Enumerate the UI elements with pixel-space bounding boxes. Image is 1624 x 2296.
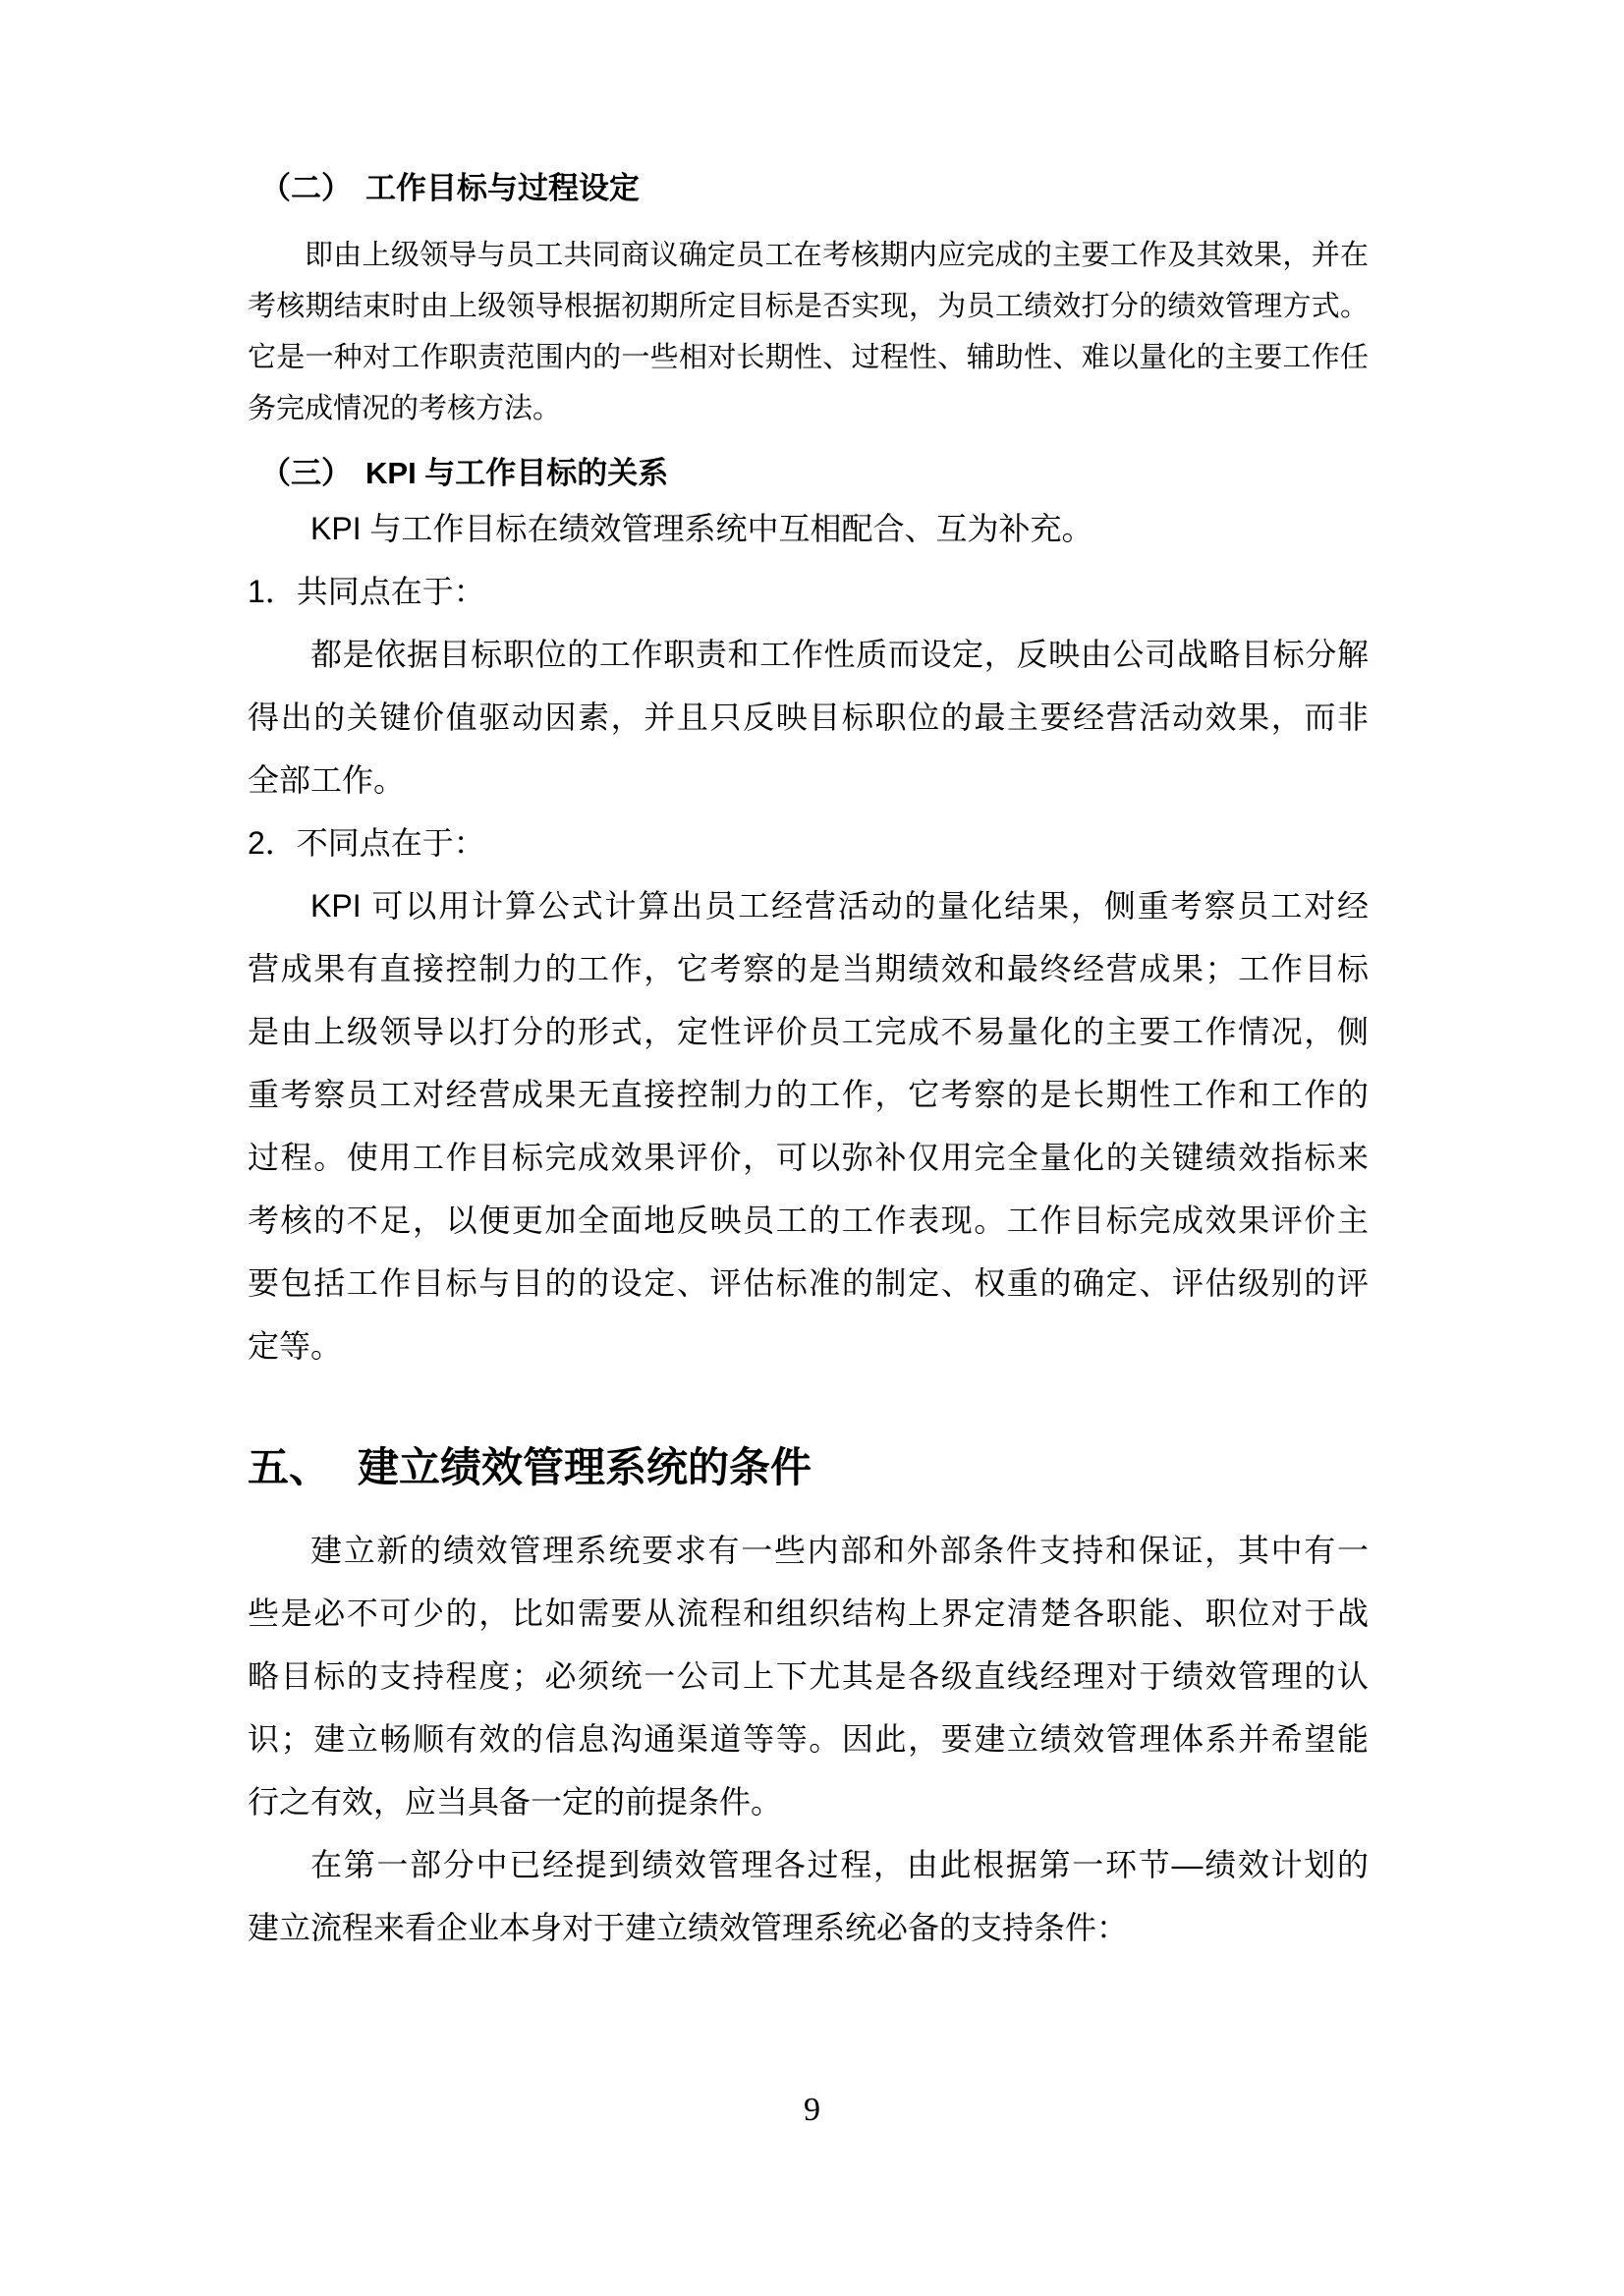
- text-line: 要包括工作目标与目的的设定、评估标准的制定、权重的确定、评估级别的评: [248, 1252, 1369, 1315]
- paragraph-conditions: 建立新的绩效管理系统要求有一些内部和外部条件支持和保证，其中有一 些是必不可少的…: [248, 1519, 1369, 1959]
- text-line: 全部工作。: [248, 749, 1369, 812]
- text-line: 即由上级领导与员工共同商议确定员工在考核期内应完成的主要工作及其效果，并在: [248, 230, 1369, 281]
- text-line: 得出的关键价值驱动因素，并且只反映目标职位的最主要经营活动效果，而非: [248, 686, 1369, 749]
- text-line: 重考察员工对经营成果无直接控制力的工作，它考察的是长期性工作和工作的: [248, 1063, 1369, 1126]
- text-line: 建立流程来看企业本身对于建立绩效管理系统必备的支持条件：: [248, 1896, 1369, 1959]
- text-line: KPI 可以用计算公式计算出员工经营活动的量化结果，侧重考察员工对经: [248, 874, 1369, 937]
- heading-number: 五、: [248, 1444, 330, 1490]
- section-heading-kpi-relation: （三）KPI 与工作目标的关系: [248, 454, 1381, 493]
- text-line: 营成果有直接控制力的工作，它考察的是当期绩效和最终经营成果；工作目标: [248, 937, 1369, 1000]
- text-line: 定等。: [248, 1315, 1369, 1377]
- text-line: 都是依据目标职位的工作职责和工作性质而设定，反映由公司战略目标分解: [248, 623, 1369, 686]
- document-page: （二）工作目标与过程设定 即由上级领导与员工共同商议确定员工在考核期内应完成的主…: [0, 0, 1624, 2296]
- heading-number: （三）: [260, 456, 352, 490]
- text-line: 行之有效，应当具备一定的前提条件。: [248, 1770, 1369, 1833]
- list-item-different-points: 2．不同点在于：: [248, 812, 1369, 874]
- paragraph-kpi-relation: KPI 与工作目标在绩效管理系统中互相配合、互为补充。 1．共同点在于： 都是依…: [248, 497, 1369, 1377]
- list-item-common-points: 1．共同点在于：: [248, 560, 1369, 623]
- paragraph-goal-setting: 即由上级领导与员工共同商议确定员工在考核期内应完成的主要工作及其效果，并在 考核…: [248, 230, 1369, 434]
- text-line: 过程。使用工作目标完成效果评价，可以弥补仅用完全量化的关键绩效指标来: [248, 1126, 1369, 1189]
- page-number: 9: [0, 2091, 1624, 2130]
- text-line: 务完成情况的考核方法。: [248, 383, 1369, 434]
- text-line: 考核期结束时由上级领导根据初期所定目标是否实现，为员工绩效打分的绩效管理方式。: [248, 281, 1369, 332]
- text-line: 略目标的支持程度；必须统一公司上下尤其是各级直线经理对于绩效管理的认: [248, 1645, 1369, 1708]
- text-line: 在第一部分中已经提到绩效管理各过程，由此根据第一环节—绩效计划的: [248, 1833, 1369, 1896]
- text-line: 是由上级领导以打分的形式，定性评价员工完成不易量化的主要工作情况，侧: [248, 1000, 1369, 1063]
- section-heading-goal-setting: （二）工作目标与过程设定: [248, 169, 1381, 208]
- text-line: 考核的不足，以便更加全面地反映员工的工作表现。工作目标完成效果评价主: [248, 1189, 1369, 1252]
- section-heading-conditions: 五、建立绩效管理系统的条件: [248, 1440, 1369, 1495]
- heading-title: 建立绩效管理系统的条件: [358, 1444, 812, 1490]
- heading-title: KPI 与工作目标的关系: [365, 456, 668, 490]
- text-line: 建立新的绩效管理系统要求有一些内部和外部条件支持和保证，其中有一: [248, 1519, 1369, 1582]
- heading-title: 工作目标与过程设定: [365, 171, 640, 205]
- text-line: 识；建立畅顺有效的信息沟通渠道等等。因此，要建立绩效管理体系并希望能: [248, 1708, 1369, 1770]
- text-line: 它是一种对工作职责范围内的一些相对长期性、过程性、辅助性、难以量化的主要工作任: [248, 332, 1369, 383]
- text-line: 些是必不可少的，比如需要从流程和组织结构上界定清楚各职能、职位对于战: [248, 1582, 1369, 1645]
- text-line: KPI 与工作目标在绩效管理系统中互相配合、互为补充。: [248, 497, 1369, 560]
- heading-number: （二）: [260, 171, 352, 205]
